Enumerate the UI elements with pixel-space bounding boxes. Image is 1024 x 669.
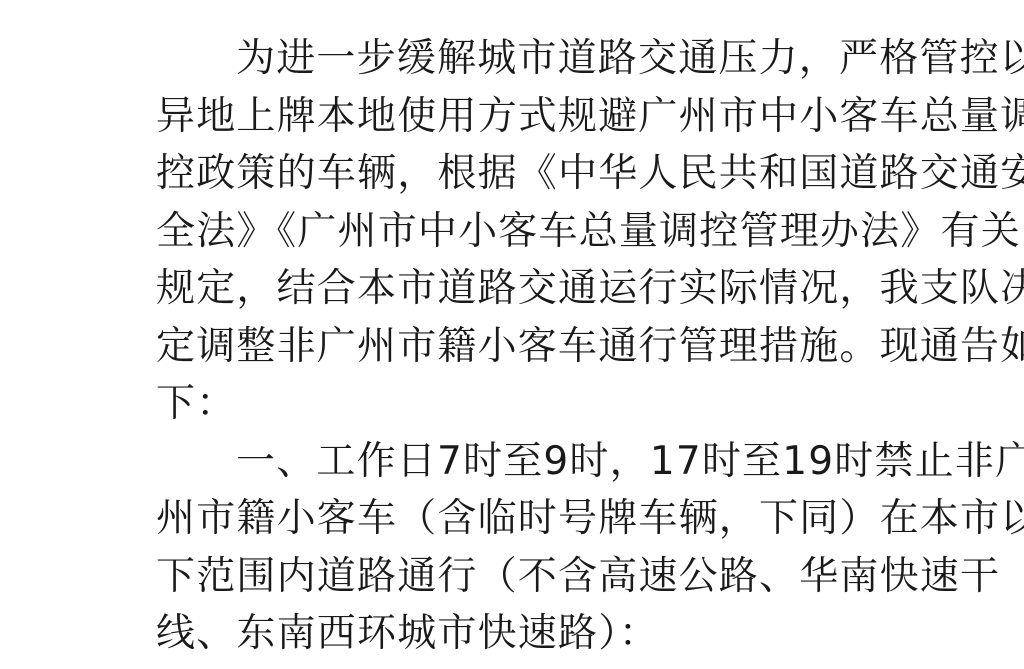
text-line: 线、东南西环城市快速路）：	[156, 605, 946, 663]
text-line: 为进一步缓解城市道路交通压力，严格管控以	[156, 30, 946, 88]
text-line: 控政策的车辆，根据《中华人民共和国道路交通安	[156, 145, 946, 203]
text-line: 定调整非广州市籍小客车通行管理措施。现通告如	[156, 318, 946, 376]
text-line: 下：	[156, 375, 946, 433]
text-line: 下范围内道路通行（不含高速公路、华南快速干	[156, 548, 946, 606]
intro-paragraph: 为进一步缓解城市道路交通压力，严格管控以 异地上牌本地使用方式规避广州市中小客车…	[156, 30, 946, 433]
text-line: 全法》《广州市中小客车总量调控管理办法》有关	[156, 203, 946, 261]
text-line: 异地上牌本地使用方式规避广州市中小客车总量调	[156, 88, 946, 146]
text-line: 一、工作日7时至9时，17时至19时禁止非广	[156, 433, 946, 491]
clause-one-paragraph: 一、工作日7时至9时，17时至19时禁止非广 州市籍小客车（含临时号牌车辆，下同…	[156, 433, 946, 663]
text-line: 规定，结合本市道路交通运行实际情况，我支队决	[156, 260, 946, 318]
text-line: 州市籍小客车（含临时号牌车辆，下同）在本市以	[156, 490, 946, 548]
document-body: 为进一步缓解城市道路交通压力，严格管控以 异地上牌本地使用方式规避广州市中小客车…	[156, 30, 946, 663]
